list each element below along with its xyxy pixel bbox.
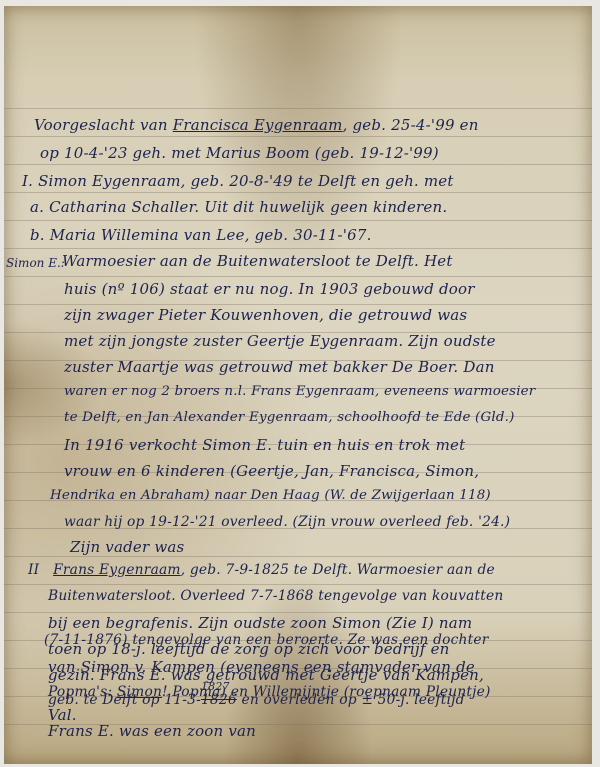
text-line: waar hij op 19-12-'21 overleed. (Zijn vr…: [64, 514, 510, 530]
line-text: In 1916 verkocht Simon E. tuin en huis e…: [64, 436, 465, 454]
text-line: Hendrika en Abraham) naar Den Haag (W. d…: [50, 488, 491, 503]
line-text: met zijn jongste zuster Geertje Eygenraa…: [64, 332, 496, 350]
text-line: geb. te Delft op 11-3-18271826 en overle…: [48, 692, 465, 708]
text-line: bij een begrafenis. Zijn oudste zoon Sim…: [48, 614, 472, 632]
text-line: gezin. Frans E. was getrouwd met Geertje…: [48, 666, 484, 684]
line-text: Simon Eygenraam, geb. 20-8-'49 te Delft …: [38, 172, 454, 190]
line-text: huis (nº 106) staat er nu nog. In 1903 g…: [64, 280, 475, 298]
line-text: Voorgeslacht van: [34, 116, 173, 134]
text-line: Buitenwatersloot. Overleed 7-7-1868 teng…: [48, 588, 504, 604]
line-text: te Delft, en Jan Alexander Eygenraam, sc…: [64, 410, 515, 425]
line-text: zuster Maartje was getrouwd met bakker D…: [64, 358, 495, 376]
ruled-line: [4, 248, 592, 249]
line-text: gezin. Frans E. was getrouwd met Geertje…: [48, 666, 484, 684]
underlined-name: Frans Eygenraam: [53, 562, 181, 578]
ruled-line: [4, 556, 592, 557]
ruled-line: [4, 304, 592, 305]
line-text: Buitenwatersloot. Overleed 7-7-1868 teng…: [48, 588, 504, 604]
line-text: zijn zwager Pieter Kouwenhoven, die getr…: [64, 306, 467, 324]
line-text: waar hij op 19-12-'21 overleed. (Zijn vr…: [64, 514, 510, 530]
ruled-line: [4, 192, 592, 193]
line-text: a. Catharina Schaller. Uit dit huwelijk …: [30, 198, 447, 216]
text-line: huis (nº 106) staat er nu nog. In 1903 g…: [64, 280, 475, 298]
line-text: op 10-4-'23 geh. met Marius Boom (geb. 1…: [40, 144, 439, 162]
ruled-line: [4, 164, 592, 165]
text-line: te Delft, en Jan Alexander Eygenraam, sc…: [64, 410, 515, 425]
text-line: Zijn vader was: [70, 538, 184, 556]
section-numeral: II: [28, 562, 39, 578]
line-text: Warmoesier aan de Buitenwatersloot te De…: [62, 252, 453, 270]
text-line: II Frans Eygenraam, geb. 7-9-1825 te Del…: [28, 562, 495, 578]
text-line: waren er nog 2 broers n.l. Frans Eygenra…: [64, 384, 535, 399]
ruled-line: [4, 612, 592, 613]
text-line: zijn zwager Pieter Kouwenhoven, die getr…: [64, 306, 467, 324]
text-line: Warmoesier aan de Buitenwatersloot te De…: [62, 252, 453, 270]
line-text: bij een begrafenis. Zijn oudste zoon Sim…: [48, 614, 472, 632]
text-line: Voorgeslacht van Francisca Eygenraam, ge…: [34, 116, 479, 134]
line-text: Zijn vader was: [70, 538, 184, 556]
line-text: toen op 18-j. leeftijd de zorg op zich v…: [48, 640, 450, 658]
ruled-line: [4, 724, 592, 725]
corrected-year: 18271826: [201, 692, 237, 708]
margin-note: Simon E.:: [6, 256, 65, 270]
line-text: , geb. 25-4-'99 en: [343, 116, 479, 134]
text-line: toen op 18-j. leeftijd de zorg op zich v…: [48, 640, 450, 658]
scanned-document: Voorgeslacht van Francisca Eygenraam, ge…: [0, 0, 600, 767]
ruled-line: [4, 108, 592, 109]
text-line: zuster Maartje was getrouwd met bakker D…: [64, 358, 495, 376]
text-line: met zijn jongste zuster Geertje Eygenraa…: [64, 332, 496, 350]
section-numeral: I.: [22, 172, 33, 190]
underlined-name: Francisca Eygenraam: [173, 116, 343, 134]
line-text: , geb. 7-9-1825 te Delft. Warmoesier aan…: [181, 562, 495, 578]
ruled-line: [4, 276, 592, 277]
line-text: en overleden op ± 50-j. leeftijd: [237, 692, 465, 708]
line-text: vrouw en 6 kinderen (Geertje, Jan, Franc…: [64, 462, 479, 480]
text-line: b. Maria Willemina van Lee, geb. 30-11-'…: [30, 226, 372, 244]
year-correction: 1827: [201, 680, 230, 693]
text-line: a. Catharina Schaller. Uit dit huwelijk …: [30, 198, 447, 216]
text-line: vrouw en 6 kinderen (Geertje, Jan, Franc…: [64, 462, 479, 480]
ruled-line: [4, 136, 592, 137]
line-text: Hendrika en Abraham) naar Den Haag (W. d…: [50, 488, 491, 503]
text-line: In 1916 verkocht Simon E. tuin en huis e…: [64, 436, 465, 454]
text-line: op 10-4-'23 geh. met Marius Boom (geb. 1…: [40, 144, 439, 162]
lined-paper-page: Voorgeslacht van Francisca Eygenraam, ge…: [4, 6, 592, 764]
ruled-line: [4, 584, 592, 585]
line-text: waren er nog 2 broers n.l. Frans Eygenra…: [64, 384, 535, 399]
ruled-line: [4, 220, 592, 221]
struck-year: 1826: [201, 692, 237, 708]
line-text: geb. te Delft op 11-3-: [48, 692, 201, 708]
line-text: b. Maria Willemina van Lee, geb. 30-11-'…: [30, 226, 372, 244]
text-line: I. Simon Eygenraam, geb. 20-8-'49 te Del…: [22, 172, 454, 190]
